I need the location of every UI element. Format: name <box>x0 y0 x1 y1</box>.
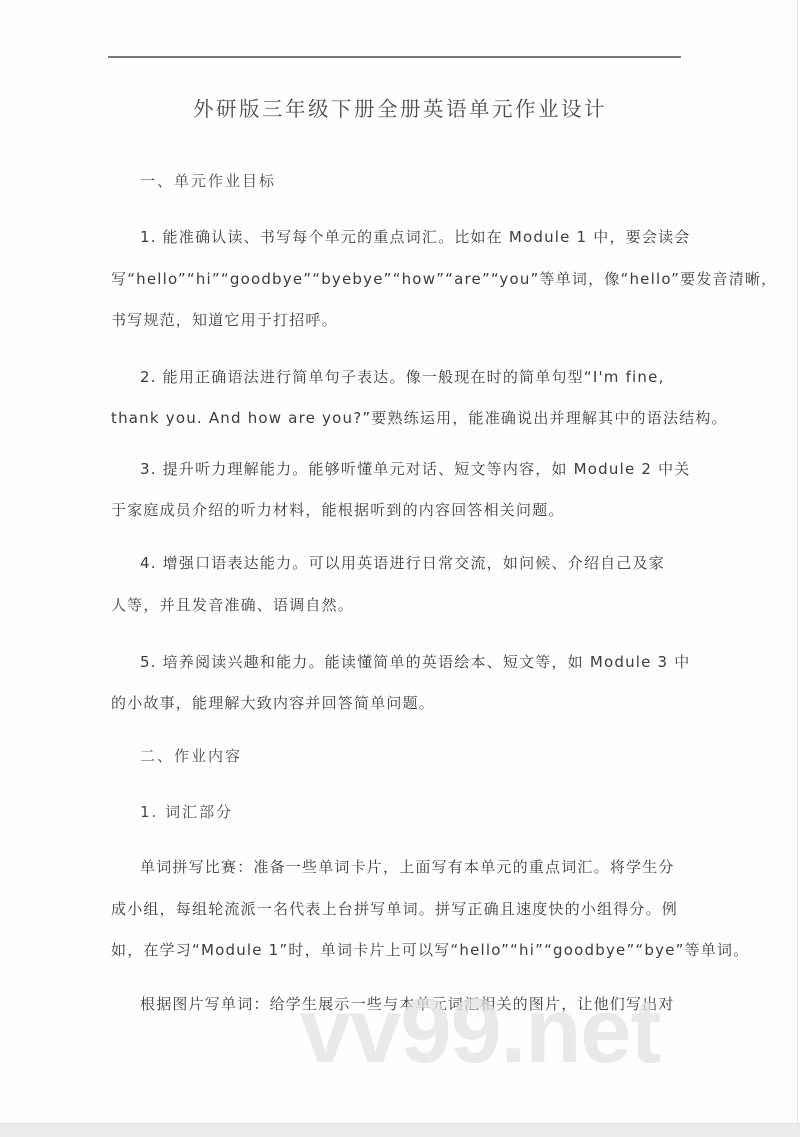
goal-1-line-1: 1. 能准确认读、书写每个单元的重点词汇。比如在 Module 1 中，要会读会 <box>140 226 691 247</box>
goal-3-line-2: 于家庭成员介绍的听力材料，能根据听到的内容回答相关问题。 <box>111 499 691 520</box>
goal-2-line-1: 2. 能用正确语法进行简单句子表达。像一般现在时的简单句型“I'm fine, <box>140 366 691 387</box>
goal-4-line-2: 人等，并且发音准确、语调自然。 <box>111 594 691 615</box>
vocab-paragraph-1-line-3: 如，在学习“Module 1”时，单词卡片上可以写“hello”“hi”“goo… <box>111 939 691 960</box>
goal-2-line-2: thank you. And how are you?”要熟练运用，能准确说出并… <box>111 407 691 428</box>
vocab-paragraph-1-line-2: 成小组，每组轮流派一名代表上台拼写单词。拼写正确且速度快的小组得分。例 <box>111 898 691 919</box>
goal-3-line-1: 3. 提升听力理解能力。能够听懂单元对话、短文等内容，如 Module 2 中关 <box>140 458 691 479</box>
goal-4-line-1: 4. 增强口语表达能力。可以用英语进行日常交流，如问候、介绍自己及家 <box>140 552 691 573</box>
document-page: 外研版三年级下册全册英语单元作业设计 一、单元作业目标 1. 能准确认读、书写每… <box>0 0 798 1123</box>
subheading-vocabulary: 1. 词汇部分 <box>140 801 720 822</box>
page-bottom-edge <box>0 1123 800 1137</box>
watermark: vv99.net <box>300 985 730 1077</box>
goal-5-line-1: 5. 培养阅读兴趣和能力。能读懂简单的英语绘本、短文等，如 Module 3 中 <box>140 651 691 672</box>
section-heading-content: 二、作业内容 <box>140 745 720 766</box>
vocab-paragraph-1-line-1: 单词拼写比赛：准备一些单词卡片，上面写有本单元的重点词汇。将学生分 <box>140 856 691 877</box>
document-title: 外研版三年级下册全册英语单元作业设计 <box>0 92 800 122</box>
goal-1-line-2: 写“hello”“hi”“goodbye”“byebye”“how”“are”“… <box>111 268 691 289</box>
goal-1-line-3: 书写规范，知道它用于打招呼。 <box>111 309 691 330</box>
section-heading-goals: 一、单元作业目标 <box>140 170 720 191</box>
header-rule <box>108 56 681 58</box>
goal-5-line-2: 的小故事，能理解大致内容并回答简单问题。 <box>111 692 691 713</box>
